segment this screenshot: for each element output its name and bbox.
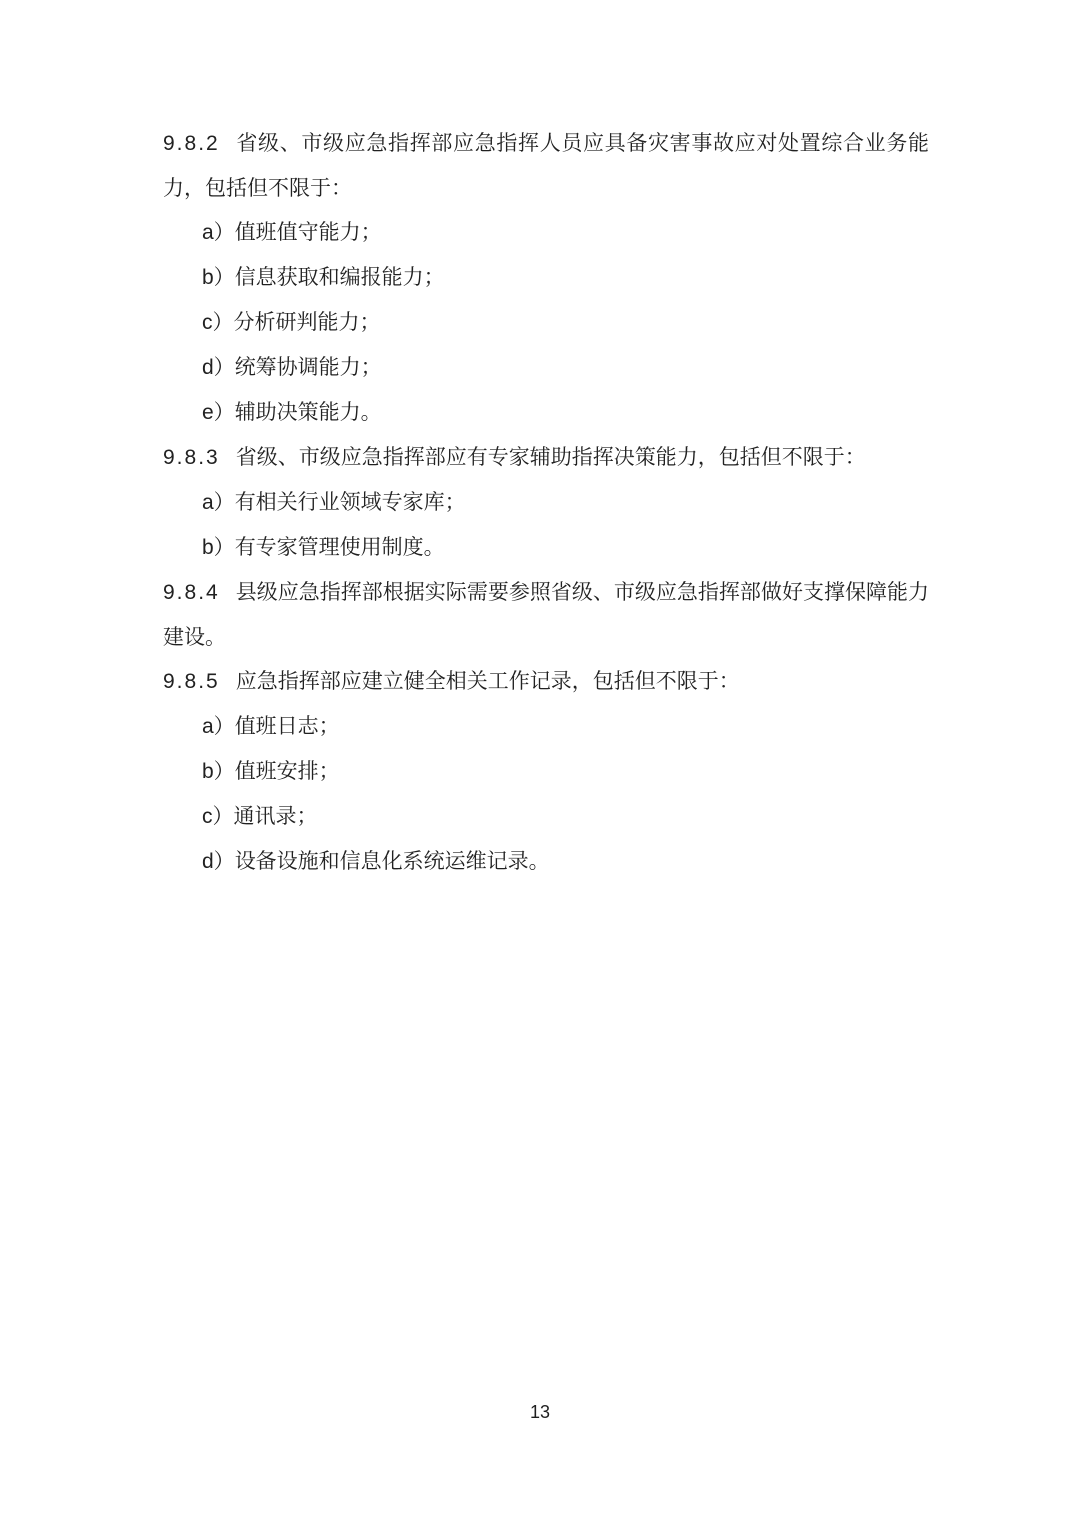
list-item-a: a）有相关行业领域专家库；	[163, 480, 929, 525]
list-item-c: c）分析研判能力；	[163, 300, 929, 345]
list-item-b: b）有专家管理使用制度。	[163, 525, 929, 570]
item-label: a）	[202, 221, 235, 244]
document-body: 9.8.2省级、市级应急指挥部应急指挥人员应具备灾害事故应对处置综合业务能力，包…	[163, 121, 929, 884]
item-label: c）	[202, 805, 234, 828]
item-text: 设备设施和信息化系统运维记录。	[235, 849, 550, 873]
item-label: a）	[202, 715, 235, 738]
item-text: 统筹协调能力；	[235, 355, 382, 379]
clause-number: 9.8.3	[163, 446, 220, 469]
clause-text: 县级应急指挥部根据实际需要参照省级、市级应急指挥部做好支撑保障能力建设。	[163, 580, 929, 649]
item-label: d）	[202, 356, 235, 379]
item-text: 有专家管理使用制度。	[235, 535, 445, 559]
item-text: 值班日志；	[235, 714, 340, 738]
item-text: 值班安排；	[235, 759, 340, 783]
item-text: 通讯录；	[234, 804, 318, 828]
list-item-d: d）设备设施和信息化系统运维记录。	[163, 839, 929, 884]
clause-number: 9.8.5	[163, 670, 220, 693]
clause-9.8.2: 9.8.2省级、市级应急指挥部应急指挥人员应具备灾害事故应对处置综合业务能力，包…	[163, 121, 929, 210]
list-item-a: a）值班值守能力；	[163, 210, 929, 255]
clause-9.8.3: 9.8.3省级、市级应急指挥部应有专家辅助指挥决策能力，包括但不限于：	[163, 435, 929, 480]
item-text: 值班值守能力；	[235, 220, 382, 244]
clause-text: 应急指挥部应建立健全相关工作记录，包括但不限于：	[236, 669, 740, 693]
clause-9.8.5: 9.8.5应急指挥部应建立健全相关工作记录，包括但不限于：	[163, 659, 929, 704]
item-text: 辅助决策能力。	[235, 400, 382, 424]
list-item-b: b）信息获取和编报能力；	[163, 255, 929, 300]
item-label: b）	[202, 536, 235, 559]
item-label: d）	[202, 850, 235, 873]
item-text: 有相关行业领域专家库；	[235, 490, 466, 514]
item-label: a）	[202, 491, 235, 514]
clause-text: 省级、市级应急指挥部应有专家辅助指挥决策能力，包括但不限于：	[236, 445, 866, 469]
clause-number: 9.8.2	[163, 132, 220, 155]
item-text: 信息获取和编报能力；	[235, 265, 445, 289]
item-label: c）	[202, 311, 234, 334]
list-item-c: c）通讯录；	[163, 794, 929, 839]
clause-text: 省级、市级应急指挥部应急指挥人员应具备灾害事故应对处置综合业务能力，包括但不限于…	[163, 131, 929, 200]
page-footer: 13	[0, 1402, 1080, 1423]
clause-number: 9.8.4	[163, 581, 220, 604]
list-item-b: b）值班安排；	[163, 749, 929, 794]
item-label: e）	[202, 401, 235, 424]
item-label: b）	[202, 760, 235, 783]
list-item-d: d）统筹协调能力；	[163, 345, 929, 390]
item-text: 分析研判能力；	[234, 310, 381, 334]
page-number: 13	[530, 1402, 550, 1422]
item-label: b）	[202, 266, 235, 289]
list-item-a: a）值班日志；	[163, 704, 929, 749]
document-page: 9.8.2省级、市级应急指挥部应急指挥人员应具备灾害事故应对处置综合业务能力，包…	[0, 0, 1080, 1526]
list-item-e: e）辅助决策能力。	[163, 390, 929, 435]
clause-9.8.4: 9.8.4县级应急指挥部根据实际需要参照省级、市级应急指挥部做好支撑保障能力建设…	[163, 570, 929, 659]
